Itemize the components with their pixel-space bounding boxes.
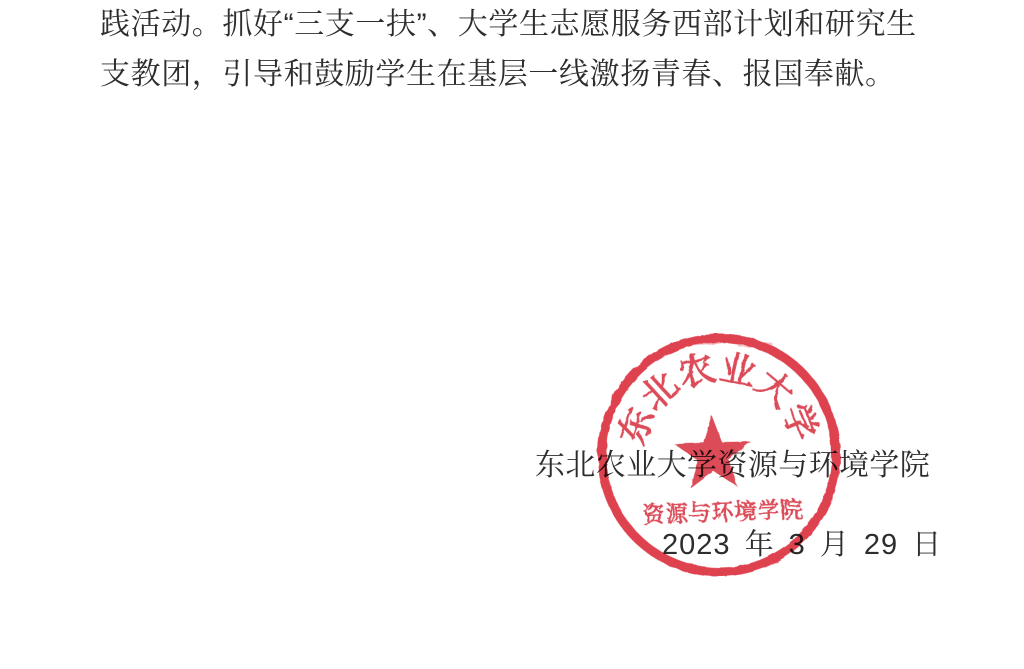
document-page: 践活动。抓好“三支一扶”、大学生志愿服务西部计划和研究生 支教团，引导和鼓励学生…: [0, 0, 1024, 669]
official-seal: 东北农业大学 资源与环境学院: [594, 330, 844, 580]
star-icon: [674, 414, 752, 489]
seal-bottom-text: 资源与环境学院: [642, 497, 804, 528]
body-paragraph: 践活动。抓好“三支一扶”、大学生志愿服务西部计划和研究生 支教团，引导和鼓励学生…: [100, 0, 950, 100]
body-line-2: 支教团，引导和鼓励学生在基层一线激扬青春、报国奉献。: [100, 50, 950, 100]
seal-ink-smudge: [676, 337, 728, 346]
body-line-1: 践活动。抓好“三支一扶”、大学生志愿服务西部计划和研究生: [100, 0, 950, 50]
official-seal-graphic: 东北农业大学 资源与环境学院: [594, 330, 844, 580]
